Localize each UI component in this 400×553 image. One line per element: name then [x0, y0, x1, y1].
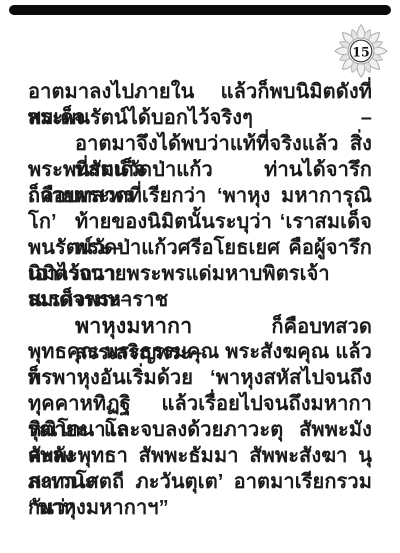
text-line: ทุคคาหทิฏฐิ แล้วเรื่อยไปจนถึงมหาการุณิโก…	[28, 391, 372, 417]
text-block: อาตมาลงไปภายใน แล้วก็พบนิมิตดังที่สมเด็จ…	[28, 79, 372, 521]
text-line: นเรศวรมหาราช	[28, 287, 372, 313]
bold-lead-phrase: พาหุงมหากา	[75, 314, 192, 338]
text-line: พรพาหุงอันเริ่มด้วย ‘พาหุงสหัสไปจนถึง	[28, 365, 372, 391]
text-line: เอาไว้ถวายพระพรแด่มหาบพิตรเจ้าสมเด็จพระ–	[28, 261, 372, 287]
text-line: ท้ายของนิมิตนั้นระบุว่า ‘เราสมเด็จพระ–	[28, 209, 372, 235]
text-line: อาตมาลงไปภายใน แล้วก็พบนิมิตดังที่สมเด็จ…	[28, 79, 372, 105]
top-edge-bar	[9, 5, 391, 15]
text-line: สัพพะพุทธา สัพพะธัมมา สัพพะสังฆา นุภาเวน…	[28, 443, 372, 469]
text-line: อาตมาจึงได้พบว่าแท้ที่จริงแล้ว สิ่งที่สม…	[28, 131, 372, 157]
text-line: พาหุงมหากา ก็คือบทสวดสรรเสริญพระ–	[28, 313, 372, 339]
text-line: หิตายะ และจบลงด้วยภาวะตุ สัพพะมังคะลัง	[28, 417, 372, 443]
text-line: พุทธคุณ พระธรรมคุณ พระสังฆคุณ แล้วก็	[28, 339, 372, 365]
text-line: พนรัตน์วัดป่าแก้วศรีอโยธเยศ คือผู้จารึกน…	[28, 235, 372, 261]
book-page: 15 อาตมาลงไปภายใน แล้วก็พบนิมิตดังที่สมเ…	[0, 0, 400, 553]
text-line: พระพนรัตน์วัดป่าแก้ว ท่านได้จารึก ถวายพร…	[28, 157, 372, 183]
lotus-flower-icon: 15	[332, 22, 390, 80]
text-line: สะทาโสตถี ภะวันตุเต’ อาตมาเรียกรวมกันว่า	[28, 469, 372, 495]
text-line: ก็คือบทสวดที่เรียกว่า ‘พาหุง มหาการุณิโก…	[28, 183, 372, 209]
page-number: 15	[352, 44, 369, 59]
text-line: “พาหุงมหากาฯ”	[28, 495, 372, 521]
